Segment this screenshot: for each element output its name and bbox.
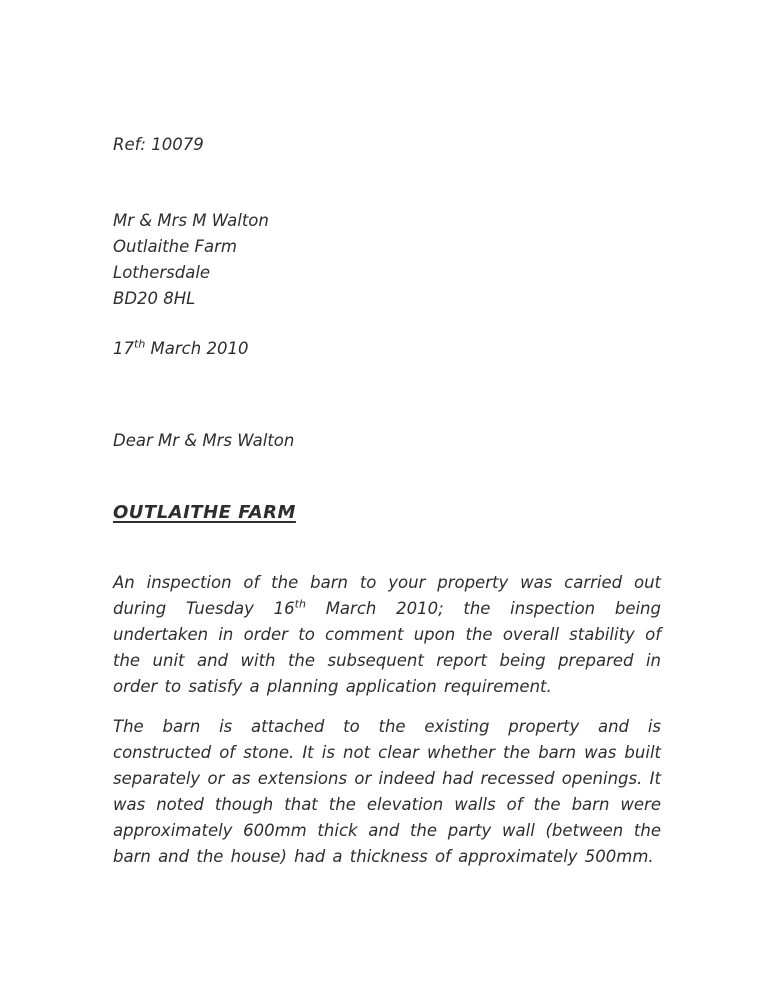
letter-page: Ref: 10079 Mr & Mrs M Walton Outlaithe F…	[0, 0, 768, 994]
date-ordinal-superscript: th	[134, 338, 145, 351]
recipient-postcode: BD20 8HL	[113, 286, 661, 312]
body-paragraph-2: The barn is attached to the existing pro…	[113, 714, 661, 870]
recipient-address-line-2: Lothersdale	[113, 260, 661, 286]
reference-line: Ref: 10079	[113, 132, 661, 158]
salutation: Dear Mr & Mrs Walton	[113, 428, 661, 454]
paragraph-1-ordinal-superscript: th	[295, 598, 306, 611]
body-paragraph-1: An inspection of the barn to your proper…	[113, 570, 661, 700]
recipient-name: Mr & Mrs M Walton	[113, 208, 661, 234]
recipient-address-block: Mr & Mrs M Walton Outlaithe Farm Lothers…	[113, 208, 661, 312]
date-day: 17	[113, 339, 134, 358]
subject-heading: OUTLAITHE FARM	[113, 500, 661, 526]
date-month-year: March 2010	[145, 339, 248, 358]
letter-date: 17th March 2010	[113, 336, 661, 362]
recipient-address-line-1: Outlaithe Farm	[113, 234, 661, 260]
